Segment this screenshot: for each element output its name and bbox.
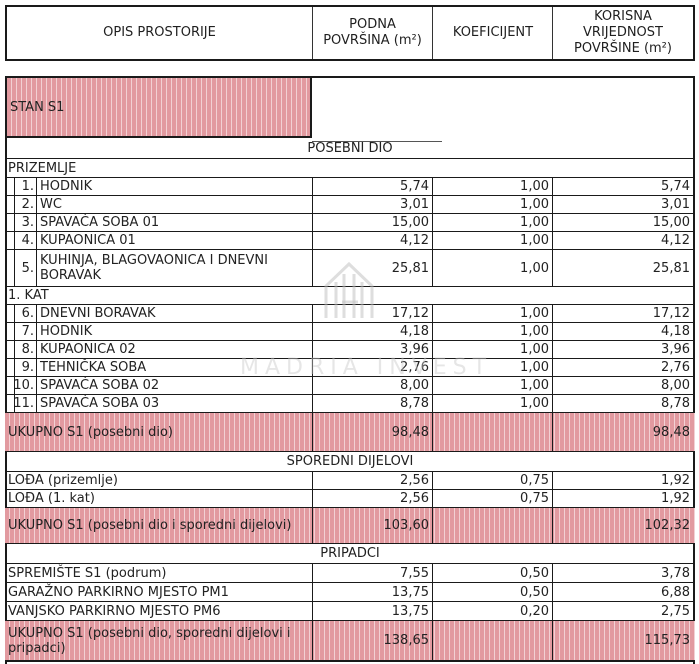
item-usable: 2,75 (552, 602, 693, 620)
item-usable: 3,78 (552, 564, 693, 582)
room-number: 8. (14, 341, 36, 358)
total-posebni-coef (432, 413, 552, 451)
room-coefficient: 1,00 (432, 178, 552, 195)
unit-title-cell: STAN S1 (5, 76, 312, 138)
section-pripadci-label: PRIPADCI (5, 544, 695, 563)
room-number: 2. (14, 196, 36, 213)
item-coefficient: 0,75 (432, 490, 552, 507)
item-coefficient: 0,20 (432, 602, 552, 620)
item-row: GARAŽNO PARKIRNO MJESTO PM113,750,506,88 (5, 582, 695, 601)
section-pripadci: PRIPADCI (5, 544, 695, 563)
room-coefficient: 1,00 (432, 305, 552, 322)
header-usable-value: KORISNA VRIJEDNOST POVRŠINE (m²) (552, 7, 693, 59)
item-name: LOĐA (prizemlje) (5, 472, 312, 489)
room-row: 10.SPAVAĆA SOBA 028,001,008,00 (5, 376, 695, 394)
room-area: 8,00 (312, 377, 432, 394)
floor-ground: PRIZEMLJE (5, 158, 695, 177)
item-usable: 1,92 (552, 490, 693, 507)
room-number: 6. (14, 305, 36, 322)
item-name: VANJSKO PARKIRNO MJESTO PM6 (5, 602, 312, 620)
room-coefficient: 1,00 (432, 377, 552, 394)
room-name: WC (36, 196, 312, 213)
item-area: 13,75 (312, 583, 432, 601)
total-posebni-usable: 98,48 (552, 413, 693, 451)
room-row: 8.KUPAONICA 023,961,003,96 (5, 340, 695, 358)
room-area: 5,74 (312, 178, 432, 195)
room-name: KUHINJA, BLAGOVAONICA I DNEVNI BORAVAK (36, 250, 312, 286)
room-usable: 3,96 (552, 341, 693, 358)
total-pripadci-row: UKUPNO S1 (posebni dio, sporedni dijelov… (5, 620, 695, 662)
item-row: SPREMIŠTE S1 (podrum)7,550,503,78 (5, 563, 695, 582)
total-posebni-label: UKUPNO S1 (posebni dio) (5, 413, 312, 451)
room-usable: 4,18 (552, 323, 693, 340)
room-area: 2,76 (312, 359, 432, 376)
total-pripadci-usable: 115,73 (552, 621, 693, 660)
room-coefficient: 1,00 (432, 341, 552, 358)
item-row: LOĐA (1. kat)2,560,751,92 (5, 489, 695, 507)
item-area: 2,56 (312, 472, 432, 489)
room-area: 3,01 (312, 196, 432, 213)
room-coefficient: 1,00 (432, 323, 552, 340)
room-coefficient: 1,00 (432, 214, 552, 231)
room-area: 3,96 (312, 341, 432, 358)
item-row: LOĐA (prizemlje)2,560,751,92 (5, 471, 695, 489)
item-coefficient: 0,50 (432, 583, 552, 601)
room-number: 3. (14, 214, 36, 231)
room-usable: 3,01 (552, 196, 693, 213)
room-number: 7. (14, 323, 36, 340)
item-name: GARAŽNO PARKIRNO MJESTO PM1 (5, 583, 312, 601)
room-name: SPAVAĆA SOBA 03 (36, 395, 312, 412)
room-coefficient: 1,00 (432, 196, 552, 213)
room-coefficient: 1,00 (432, 395, 552, 412)
room-area: 4,18 (312, 323, 432, 340)
room-row: 4.KUPAONICA 014,121,004,12 (5, 231, 695, 249)
room-name: SPAVAĆA SOBA 02 (36, 377, 312, 394)
room-row: 1.HODNIK5,741,005,74 (5, 177, 695, 195)
item-name: LOĐA (1. kat) (5, 490, 312, 507)
room-usable: 8,78 (552, 395, 693, 412)
room-name: DNEVNI BORAVAK (36, 305, 312, 322)
item-row: VANJSKO PARKIRNO MJESTO PM613,750,202,75 (5, 601, 695, 620)
header-coefficient: KOEFICIJENT (432, 7, 553, 59)
total-sporedni-label: UKUPNO S1 (posebni dio i sporedni dijelo… (5, 508, 312, 543)
room-coefficient: 1,00 (432, 359, 552, 376)
room-area: 15,00 (312, 214, 432, 231)
room-usable: 15,00 (552, 214, 693, 231)
item-coefficient: 0,50 (432, 564, 552, 582)
room-coefficient: 1,00 (432, 232, 552, 249)
header-table: OPIS PROSTORIJE PODNA POVRŠINA (m²) KOEF… (5, 5, 695, 61)
total-pripadci-label: UKUPNO S1 (posebni dio, sporedni dijelov… (5, 621, 312, 660)
watermark-logo-icon (318, 258, 380, 320)
room-usable: 2,76 (552, 359, 693, 376)
room-number: 4. (14, 232, 36, 249)
room-row: 3.SPAVAĆA SOBA 0115,001,0015,00 (5, 213, 695, 231)
room-name: TEHNIČKA SOBA (36, 359, 312, 376)
item-usable: 6,88 (552, 583, 693, 601)
room-area: 4,12 (312, 232, 432, 249)
room-number: 11. (14, 395, 36, 412)
item-area: 7,55 (312, 564, 432, 582)
room-usable: 8,00 (552, 377, 693, 394)
room-usable: 25,81 (552, 250, 693, 286)
room-number: 1. (14, 178, 36, 195)
header-description: OPIS PROSTORIJE (7, 7, 312, 59)
total-pripadci-coef (432, 621, 552, 660)
room-number: 5. (14, 250, 36, 286)
room-row: 9.TEHNIČKA SOBA2,761,002,76 (5, 358, 695, 376)
room-coefficient: 1,00 (432, 250, 552, 286)
room-usable: 5,74 (552, 178, 693, 195)
floor-ground-label: PRIZEMLJE (5, 159, 76, 177)
section-sporedni-label: SPOREDNI DIJELOVI (5, 452, 695, 471)
room-usable: 4,12 (552, 232, 693, 249)
divider (312, 141, 442, 142)
section-sporedni: SPOREDNI DIJELOVI (5, 452, 695, 471)
unit-title: STAN S1 (10, 100, 64, 115)
total-sporedni-area: 103,60 (312, 508, 432, 543)
room-number: 10. (14, 377, 36, 394)
room-name: HODNIK (36, 178, 312, 195)
total-posebni-area: 98,48 (312, 413, 432, 451)
room-usable: 17,12 (552, 305, 693, 322)
total-pripadci-area: 138,65 (312, 621, 432, 660)
room-name: KUPAONICA 02 (36, 341, 312, 358)
room-row: 7.HODNIK4,181,004,18 (5, 322, 695, 340)
item-area: 2,56 (312, 490, 432, 507)
room-name: HODNIK (36, 323, 312, 340)
item-coefficient: 0,75 (432, 472, 552, 489)
room-row: 2.WC3,011,003,01 (5, 195, 695, 213)
total-posebni-row: UKUPNO S1 (posebni dio) 98,48 98,48 (5, 412, 695, 452)
total-sporedni-coef (432, 508, 552, 543)
item-usable: 1,92 (552, 472, 693, 489)
total-sporedni-row: UKUPNO S1 (posebni dio i sporedni dijelo… (5, 507, 695, 544)
floor-first-label: 1. KAT (5, 287, 49, 304)
room-row: 11.SPAVAĆA SOBA 038,781,008,78 (5, 394, 695, 412)
room-name: KUPAONICA 01 (36, 232, 312, 249)
total-sporedni-usable: 102,32 (552, 508, 693, 543)
item-area: 13,75 (312, 602, 432, 620)
room-name: SPAVAĆA SOBA 01 (36, 214, 312, 231)
header-floor-area: PODNA POVRŠINA (m²) (312, 7, 432, 59)
room-area: 8,78 (312, 395, 432, 412)
room-number: 9. (14, 359, 36, 376)
item-name: SPREMIŠTE S1 (podrum) (5, 564, 312, 582)
